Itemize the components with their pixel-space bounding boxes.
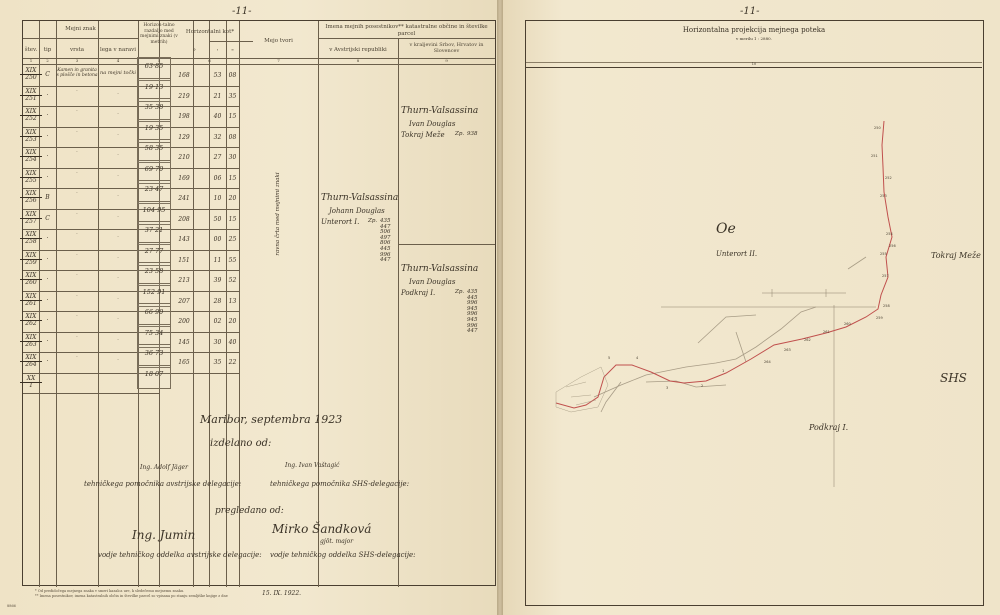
marker-type: · bbox=[39, 235, 56, 242]
marker-type: · bbox=[39, 317, 56, 324]
svg-text:264: 264 bbox=[764, 360, 771, 364]
footnote-date: 15. IX. 1922. bbox=[262, 590, 301, 597]
signature-austria-tech: Ing. Adolf Jäger bbox=[140, 464, 188, 471]
marker-location: · bbox=[98, 152, 138, 158]
marker-location: · bbox=[98, 296, 138, 302]
header-razdalja: Horizon-talno razdaljo med mejnimi znaki… bbox=[138, 23, 180, 45]
parcel-number: 447 bbox=[467, 329, 478, 335]
angle-seconds: 08 bbox=[226, 134, 239, 141]
distance-cell: 18·07 bbox=[137, 365, 171, 389]
column-number: 1 bbox=[23, 58, 39, 64]
svg-text:250: 250 bbox=[874, 126, 881, 130]
angle-seconds: 55 bbox=[226, 257, 239, 264]
header-avstrija: v Avstrijski republiki bbox=[318, 47, 398, 54]
marker-type: · bbox=[39, 133, 56, 140]
map-label-country-shs: SHS bbox=[940, 371, 967, 385]
page-number: -11- bbox=[232, 6, 251, 17]
map-label-unterort: Unterort II. bbox=[716, 250, 757, 258]
corner-code: 8866 bbox=[7, 604, 16, 608]
header-lega: lega v naravi bbox=[98, 47, 138, 54]
marker-location: · bbox=[98, 337, 138, 343]
marker-location: · bbox=[98, 132, 138, 138]
column-number: 2 bbox=[39, 58, 56, 64]
owner-shs-parcel-label: Zp. bbox=[455, 290, 464, 296]
map-label-country-austria: Oe bbox=[716, 221, 736, 237]
map-frame: Horizontalna projekcija mejnega poteka v… bbox=[525, 20, 984, 606]
angle-seconds: 20 bbox=[226, 195, 239, 202]
angle-minutes: 10 bbox=[209, 195, 226, 202]
angle-minutes: 06 bbox=[209, 175, 226, 182]
marker-location: · bbox=[98, 357, 138, 363]
parcel-number: 447 bbox=[380, 258, 391, 264]
map-label-tokraj: Tokraj Meže bbox=[931, 251, 981, 260]
owner-shs-name: Thurn-Valsassina bbox=[401, 264, 478, 274]
page-number: -11- bbox=[740, 6, 759, 17]
left-page: -11- Mejni znak štev. tip vrsta lega v n… bbox=[0, 0, 497, 615]
header-shs: v kraljevini Srbov, Hrvatov in Slovencev bbox=[398, 42, 495, 54]
place-date: Maribor, septembra 1923 bbox=[200, 413, 342, 426]
caption-austria-head: vodje tehničkog oddelka avstrijske deleg… bbox=[98, 551, 262, 559]
made-by-label: izdelano od: bbox=[210, 438, 271, 449]
mejo-tvori-note: ravna črta med mejnimi znaki bbox=[275, 149, 281, 279]
reviewed-by-label: pregledano od: bbox=[215, 506, 284, 516]
svg-text:262: 262 bbox=[804, 338, 811, 342]
column-number: 9 bbox=[398, 58, 495, 64]
marker-type: · bbox=[39, 276, 56, 283]
header-kot-min: ' bbox=[209, 49, 226, 56]
angle-minutes: 32 bbox=[209, 134, 226, 141]
svg-text:5: 5 bbox=[608, 356, 610, 360]
angle-seconds: 40 bbox=[226, 339, 239, 346]
svg-text:2: 2 bbox=[701, 384, 703, 388]
angle-seconds: 15 bbox=[226, 216, 239, 223]
boundary-marker-table: Mejni znak štev. tip vrsta lega v naravi… bbox=[22, 20, 496, 586]
signature-shs-head: Mirko Šandková bbox=[272, 522, 371, 536]
owner-shs-name: Thurn-Valsassina bbox=[401, 106, 478, 116]
right-page: -11- Horizontalna projekcija mejnega pot… bbox=[503, 0, 1000, 615]
marker-type: · bbox=[39, 297, 56, 304]
marker-location: · bbox=[98, 214, 138, 220]
svg-text:257: 257 bbox=[882, 274, 889, 278]
svg-text:258: 258 bbox=[883, 304, 890, 308]
marker-location: · bbox=[98, 316, 138, 322]
angle-seconds: 08 bbox=[226, 72, 239, 79]
caption-shs-tech: tehničkega pomočnika SHS-delegacije: bbox=[270, 480, 409, 488]
owner-austria-name: Thurn-Valsassina bbox=[321, 193, 398, 203]
marker-kind: · bbox=[56, 355, 98, 360]
marker-type: · bbox=[39, 256, 56, 263]
svg-text:259: 259 bbox=[876, 316, 883, 320]
border-map: 250 251 252 253 254 255 256 257 258 259 … bbox=[526, 67, 982, 604]
marker-number: XX1 bbox=[20, 376, 42, 389]
marker-location: · bbox=[98, 91, 138, 97]
signature-austria-head: Ing. Jumin bbox=[132, 528, 195, 542]
marker-type: · bbox=[39, 174, 56, 181]
owner-shs-given: Ivan Douglas bbox=[409, 278, 455, 286]
angle-minutes: 21 bbox=[209, 93, 226, 100]
marker-location: · bbox=[98, 275, 138, 281]
angle-seconds: 52 bbox=[226, 277, 239, 284]
column-number: 6 bbox=[180, 58, 239, 64]
svg-text:254: 254 bbox=[886, 232, 893, 236]
map-scale: v merilu 1 : 2880. bbox=[526, 36, 982, 41]
svg-text:253: 253 bbox=[880, 194, 887, 198]
signature-shs-head-rank: gjöt. major bbox=[320, 538, 353, 545]
angle-seconds: 22 bbox=[226, 359, 239, 366]
svg-text:260: 260 bbox=[844, 322, 851, 326]
header-vrsta: vrsta bbox=[56, 47, 98, 54]
marker-kind: · bbox=[56, 171, 98, 176]
header-kot-deg: ° bbox=[180, 49, 209, 56]
angle-minutes: 11 bbox=[209, 257, 226, 264]
svg-text:252: 252 bbox=[885, 176, 892, 180]
column-number: 4 bbox=[98, 58, 138, 64]
marker-type: C bbox=[39, 215, 56, 222]
owner-austria-municipality: Unterort I. bbox=[321, 218, 359, 226]
marker-kind: · bbox=[56, 191, 98, 196]
footnote-1: * Od predidočega mejnega znaka v smeri k… bbox=[35, 589, 184, 593]
header-mejo-tvori: Mejo tvori bbox=[239, 38, 318, 45]
angle-minutes: 28 bbox=[209, 298, 226, 305]
svg-text:256: 256 bbox=[889, 244, 896, 248]
marker-kind: · bbox=[56, 232, 98, 237]
footnote-2: ** Imena posestnikov, imena katastralnih… bbox=[35, 594, 228, 598]
parcel-number: 938 bbox=[467, 132, 478, 138]
angle-minutes: 00 bbox=[209, 236, 226, 243]
header-kot-sec: " bbox=[226, 49, 239, 56]
header-tip: tip bbox=[39, 47, 56, 54]
column-number: 3 bbox=[56, 58, 98, 64]
owner-shs-parcels: 938 bbox=[467, 132, 478, 138]
marker-location: · bbox=[98, 255, 138, 261]
marker-location: · bbox=[98, 173, 138, 179]
svg-text:1: 1 bbox=[722, 369, 724, 373]
marker-kind: · bbox=[56, 130, 98, 135]
marker-type: B bbox=[39, 194, 56, 201]
angle-minutes: 02 bbox=[209, 318, 226, 325]
marker-kind: · bbox=[56, 253, 98, 258]
marker-kind: · bbox=[56, 294, 98, 299]
column-number: 7 bbox=[239, 58, 318, 64]
column-number: 10 bbox=[526, 62, 982, 66]
signature-shs-tech: Ing. Ivan Vaštagić bbox=[285, 462, 340, 469]
header-kot: Horizontalni kot* bbox=[180, 29, 240, 36]
angle-minutes: 50 bbox=[209, 216, 226, 223]
map-title: Horizontalna projekcija mejnega poteka bbox=[526, 26, 982, 34]
owner-austria-given: Johann Douglas bbox=[329, 207, 385, 215]
caption-austria-tech: tehničkega pomočnika avstrijske delegaci… bbox=[84, 480, 241, 488]
angle-seconds: 15 bbox=[226, 175, 239, 182]
column-number: 5 bbox=[138, 58, 180, 64]
owner-shs-parcel-label: Zp. bbox=[455, 132, 464, 138]
marker-kind: · bbox=[56, 273, 98, 278]
owner-shs-given: Ivan Douglas bbox=[409, 120, 455, 128]
marker-location: · bbox=[98, 193, 138, 199]
marker-kind: · bbox=[56, 335, 98, 340]
svg-text:261: 261 bbox=[823, 330, 830, 334]
marker-type: · bbox=[39, 358, 56, 365]
map-label-podkraj: Podkraj I. bbox=[809, 423, 848, 432]
owner-austria-parcel-label: Zp. bbox=[368, 219, 377, 225]
svg-text:3: 3 bbox=[666, 386, 668, 390]
angle-minutes: 39 bbox=[209, 277, 226, 284]
angle-minutes: 30 bbox=[209, 339, 226, 346]
owner-shs-municipality: Tokraj Meže bbox=[401, 131, 445, 139]
marker-location: · bbox=[98, 234, 138, 240]
marker-kind: · bbox=[56, 314, 98, 319]
svg-text:251: 251 bbox=[871, 154, 878, 158]
marker-kind: · bbox=[56, 89, 98, 94]
owner-shs-parcels: 435445996945996945996447 bbox=[467, 290, 478, 335]
owner-shs-municipality: Podkraj I. bbox=[401, 289, 435, 297]
marker-location: · bbox=[98, 111, 138, 117]
marker-type: · bbox=[39, 338, 56, 345]
header-imena: Imena mejnih posestnikov** katastralne o… bbox=[318, 24, 495, 38]
owner-austria-parcels: 435447506497806445996447 bbox=[380, 219, 391, 264]
angle-minutes: 27 bbox=[209, 154, 226, 161]
marker-type: · bbox=[39, 112, 56, 119]
svg-text:263: 263 bbox=[784, 348, 791, 352]
marker-type: · bbox=[39, 153, 56, 160]
header-mejni-znak: Mejni znak bbox=[23, 26, 138, 33]
angle-seconds: 15 bbox=[226, 113, 239, 120]
angle-minutes: 53 bbox=[209, 72, 226, 79]
header-stev: štev. bbox=[23, 47, 39, 54]
marker-kind: · bbox=[56, 212, 98, 217]
marker-kind: · bbox=[56, 109, 98, 114]
column-number: 8 bbox=[318, 58, 398, 64]
svg-text:255: 255 bbox=[880, 252, 887, 256]
marker-kind: Kamen in granita s plošče in betona bbox=[56, 68, 98, 78]
marker-kind: · bbox=[56, 150, 98, 155]
angle-seconds: 30 bbox=[226, 154, 239, 161]
angle-minutes: 40 bbox=[209, 113, 226, 120]
angle-seconds: 20 bbox=[226, 318, 239, 325]
angle-seconds: 35 bbox=[226, 93, 239, 100]
angle-seconds: 13 bbox=[226, 298, 239, 305]
angle-minutes: 35 bbox=[209, 359, 226, 366]
marker-location: na mejni točki bbox=[98, 70, 138, 76]
caption-shs-head: vodje tehničkog oddelka SHS-delegacije: bbox=[270, 551, 416, 559]
marker-type: C bbox=[39, 71, 56, 78]
svg-text:4: 4 bbox=[636, 356, 639, 360]
marker-type: · bbox=[39, 92, 56, 99]
angle-seconds: 25 bbox=[226, 236, 239, 243]
